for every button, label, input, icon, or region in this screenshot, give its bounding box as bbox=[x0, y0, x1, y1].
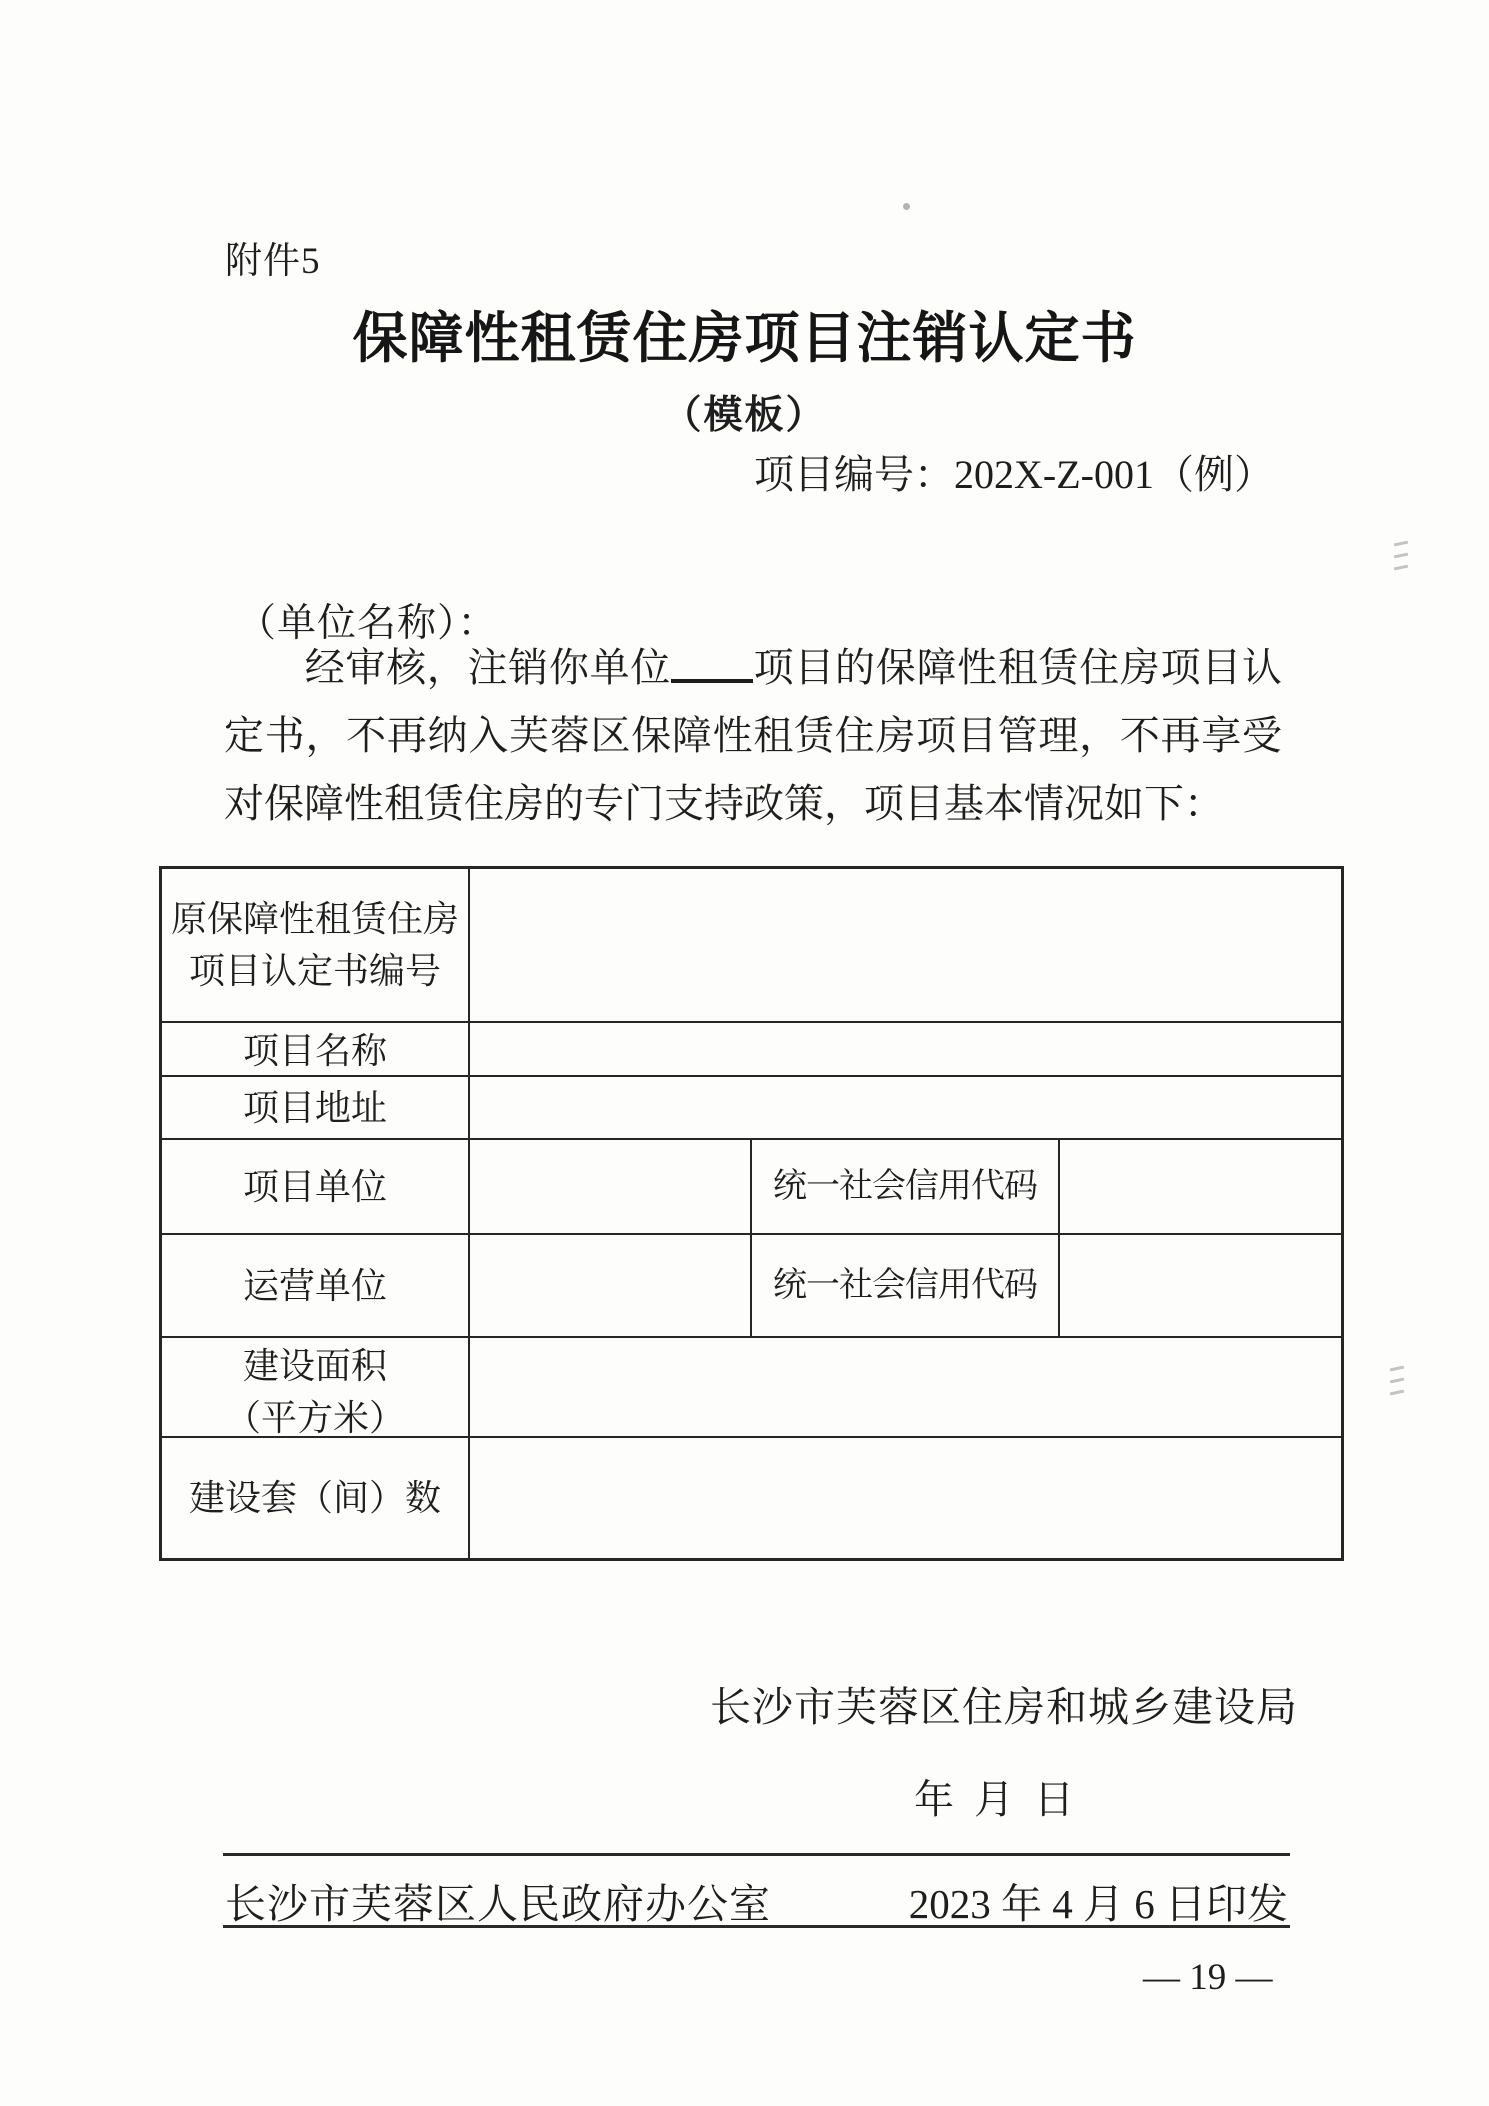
footer-row: 长沙市芙蓉区人民政府办公室 2023 年 4 月 6 日印发 bbox=[225, 1871, 1288, 1930]
scan-artifact-dot bbox=[903, 203, 910, 210]
table-row: 项目单位 统一社会信用代码 bbox=[162, 1138, 1341, 1233]
table-row: 项目名称 bbox=[162, 1021, 1341, 1075]
table-row: 运营单位 统一社会信用代码 bbox=[162, 1233, 1341, 1336]
label-line-2: （平方米） bbox=[225, 1398, 405, 1438]
credit-code-label: 统一社会信用代码 bbox=[750, 1235, 1058, 1336]
body-line-2: 定书，不再纳入芙蓉区保障性租赁住房项目管理，不再享受 bbox=[224, 702, 1282, 770]
signature-date-line: 年 月 日 bbox=[914, 1768, 1074, 1825]
project-name-value-cell bbox=[468, 1023, 1341, 1079]
attachment-label: 附件5 bbox=[225, 230, 321, 284]
project-number-value: 202X-Z-001（例） bbox=[954, 452, 1274, 497]
row-label-project-address: 项目地址 bbox=[162, 1077, 468, 1138]
page-number: — 19 — bbox=[1143, 1956, 1273, 1999]
credit-code-label: 统一社会信用代码 bbox=[750, 1140, 1058, 1233]
project-number-label: 项目编号： bbox=[754, 452, 954, 497]
project-unit-credit-code-cell bbox=[1058, 1140, 1341, 1233]
footer-rule-top bbox=[223, 1853, 1290, 1856]
project-info-table: 原保障性租赁住房项目认定书编号 项目名称 项目地址 项目单位 统一社会信用代码 … bbox=[159, 866, 1344, 1561]
operating-unit-value-cell bbox=[468, 1235, 750, 1336]
body-line-1: 经审核，注销你单位项目的保障性租赁住房项目认 bbox=[224, 634, 1282, 702]
body-line-1-post: 项目的保障性租赁住房项目认 bbox=[753, 645, 1282, 690]
construction-area-value-cell bbox=[468, 1338, 1341, 1446]
row-label-unit-count: 建设套（间）数 bbox=[162, 1438, 468, 1558]
scan-artifact-marks bbox=[1394, 533, 1410, 578]
project-number-line: 项目编号：202X-Z-001（例） bbox=[754, 443, 1274, 500]
footer-office: 长沙市芙蓉区人民政府办公室 bbox=[225, 1871, 771, 1930]
label-line-1: 原保障性租赁住房 bbox=[171, 899, 459, 939]
body-line-3: 对保障性租赁住房的专门支持政策，项目基本情况如下： bbox=[224, 770, 1282, 838]
blank-underline bbox=[671, 653, 753, 683]
row-label-text: 建设面积（平方米） bbox=[225, 1340, 405, 1444]
row-label-cert-number: 原保障性租赁住房项目认定书编号 bbox=[162, 869, 468, 1021]
row-label-text: 原保障性租赁住房项目认定书编号 bbox=[171, 893, 459, 997]
signature-issuer: 长沙市芙蓉区住房和城乡建设局 bbox=[710, 1674, 1298, 1733]
project-unit-value-cell bbox=[468, 1140, 750, 1233]
footer-print-date: 2023 年 4 月 6 日印发 bbox=[909, 1871, 1288, 1930]
operating-unit-credit-code-cell bbox=[1058, 1235, 1341, 1336]
table-row: 建设套（间）数 bbox=[162, 1436, 1341, 1558]
document-page: 附件5 保障性租赁住房项目注销认定书 （模板） 项目编号：202X-Z-001（… bbox=[0, 0, 1489, 2106]
label-line-2: 项目认定书编号 bbox=[189, 951, 441, 991]
table-row: 原保障性租赁住房项目认定书编号 bbox=[162, 869, 1341, 1021]
row-label-project-name: 项目名称 bbox=[162, 1023, 468, 1079]
cert-number-value-cell bbox=[468, 869, 1341, 1021]
table-row: 项目地址 bbox=[162, 1075, 1341, 1138]
document-title: 保障性租赁住房项目注销认定书 bbox=[0, 294, 1489, 373]
project-address-value-cell bbox=[468, 1077, 1341, 1138]
table-row: 建设面积（平方米） bbox=[162, 1336, 1341, 1436]
footer-rule-bottom bbox=[223, 1925, 1290, 1928]
scan-artifact-marks bbox=[1390, 1358, 1406, 1403]
label-line-1: 建设面积 bbox=[243, 1346, 387, 1386]
body-line-1-pre: 经审核，注销你单位 bbox=[304, 645, 671, 690]
unit-count-value-cell bbox=[468, 1438, 1341, 1558]
body-paragraph: 经审核，注销你单位项目的保障性租赁住房项目认 定书，不再纳入芙蓉区保障性租赁住房… bbox=[224, 634, 1282, 838]
row-label-project-unit: 项目单位 bbox=[162, 1140, 468, 1233]
row-label-operating-unit: 运营单位 bbox=[162, 1235, 468, 1336]
row-label-construction-area: 建设面积（平方米） bbox=[162, 1338, 468, 1446]
document-subtitle: （模板） bbox=[0, 384, 1489, 440]
